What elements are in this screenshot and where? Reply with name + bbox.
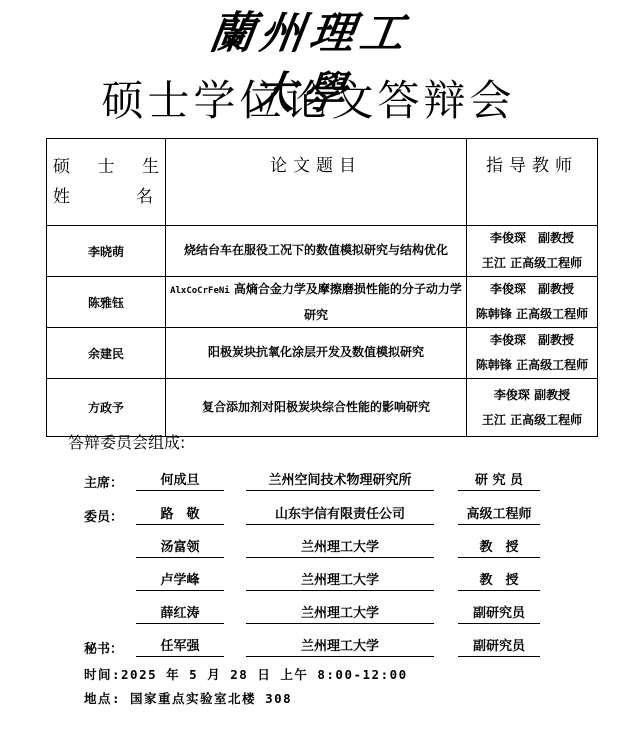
advisors: 李俊琛 副教授 王江 正高级工程师 (467, 379, 598, 437)
member-title: 教 授 (458, 572, 540, 591)
defense-time: 时间:2025 年 5 月 28 日 上午 8:00-12:00 (84, 665, 408, 683)
advisors: 李俊琛 副教授 陈韩锋 正高级工程师 (467, 277, 598, 328)
topic-text: 复合添加剂对阳极炭块综合性能的影响研究 (202, 400, 430, 414)
header-advisor: 指导教师 (467, 139, 598, 226)
member-org: 兰州理工大学 (246, 605, 434, 624)
thesis-topic: 复合添加剂对阳极炭块综合性能的影响研究 (166, 379, 467, 437)
header-text: 硕 (53, 152, 70, 182)
advisor: 李俊琛 副教授 (467, 328, 597, 353)
member-role: 委员： (84, 506, 136, 525)
advisor: 李俊琛 副教授 (467, 226, 597, 251)
advisor: 王江 正高级工程师 (467, 251, 597, 276)
advisor: 李俊琛 副教授 (467, 383, 597, 408)
thesis-topic: 阳极炭块抗氧化涂层开发及数值模拟研究 (166, 328, 467, 379)
member-title: 副研究员 (458, 605, 540, 624)
header-student-name: 硕 士 生 姓 名 (47, 139, 166, 226)
member-title: 教 授 (458, 539, 540, 558)
table-row: 李晓萌 烧结台车在服役工况下的数值模拟研究与结构优化 李俊琛 副教授 王江 正高… (47, 226, 598, 277)
member-org: 兰州理工大学 (246, 572, 434, 591)
topic-text: 烧结台车在服役工况下的数值模拟研究与结构优化 (184, 243, 448, 257)
student-name: 余建民 (47, 328, 166, 379)
member-title: 副研究员 (458, 638, 540, 657)
member-name: 汤富领 (136, 539, 224, 558)
member-name: 何成旦 (136, 472, 224, 491)
advisors: 李俊琛 副教授 王江 正高级工程师 (467, 226, 598, 277)
member-role: 主席： (84, 472, 136, 491)
member-name: 路 敬 (136, 506, 224, 525)
header-text: 名 (136, 182, 153, 212)
advisor: 王江 正高级工程师 (467, 408, 597, 433)
member-name: 卢学峰 (136, 572, 224, 591)
defense-table: 硕 士 生 姓 名 论文题目 指导教师 李晓萌 烧结台车在服役工况下的数值模拟研… (46, 138, 598, 437)
member-org: 兰州空间技术物理研究所 (246, 472, 434, 491)
header-text: 生 (142, 152, 159, 182)
topic-prefix: AlxCoCrFeNi (170, 286, 230, 296)
member-org: 兰州理工大学 (246, 638, 434, 657)
advisor: 李俊琛 副教授 (467, 277, 597, 302)
header-text: 姓 (53, 182, 70, 212)
advisor: 陈韩锋 正高级工程师 (467, 302, 597, 327)
topic-text: 高熵合金力学及摩擦磨损性能的分子动力学研究 (230, 282, 462, 322)
topic-text: 阳极炭块抗氧化涂层开发及数值模拟研究 (208, 345, 424, 359)
thesis-topic: AlxCoCrFeNi 高熵合金力学及摩擦磨损性能的分子动力学研究 (166, 277, 467, 328)
table-row: 陈雅钰 AlxCoCrFeNi 高熵合金力学及摩擦磨损性能的分子动力学研究 李俊… (47, 277, 598, 328)
header-topic: 论文题目 (166, 139, 467, 226)
advisors: 李俊琛 副教授 陈韩锋 正高级工程师 (467, 328, 598, 379)
page-title: 硕士学位论文答辩会 (0, 72, 617, 130)
defense-location: 地点: 国家重点实验室北楼 308 (84, 689, 292, 707)
member-org: 兰州理工大学 (246, 539, 434, 558)
student-name: 方政予 (47, 379, 166, 437)
table-row: 方政予 复合添加剂对阳极炭块综合性能的影响研究 李俊琛 副教授 王江 正高级工程… (47, 379, 598, 437)
member-role: 秘书： (84, 638, 136, 657)
thesis-topic: 烧结台车在服役工况下的数值模拟研究与结构优化 (166, 226, 467, 277)
member-name: 任军强 (136, 638, 224, 657)
member-title: 研 究 员 (458, 472, 540, 491)
member-org: 山东宇信有限责任公司 (246, 506, 434, 525)
table-row: 余建民 阳极炭块抗氧化涂层开发及数值模拟研究 李俊琛 副教授 陈韩锋 正高级工程… (47, 328, 598, 379)
student-name: 陈雅钰 (47, 277, 166, 328)
member-title: 高级工程师 (458, 506, 540, 525)
header-text: 士 (98, 152, 115, 182)
committee-heading: 答辩委员会组成: (68, 430, 185, 453)
university-logo: 蘭州理工大學 (186, 4, 434, 64)
member-name: 薛红涛 (136, 605, 224, 624)
student-name: 李晓萌 (47, 226, 166, 277)
advisor: 陈韩锋 正高级工程师 (467, 353, 597, 378)
table-header-row: 硕 士 生 姓 名 论文题目 指导教师 (47, 139, 598, 226)
